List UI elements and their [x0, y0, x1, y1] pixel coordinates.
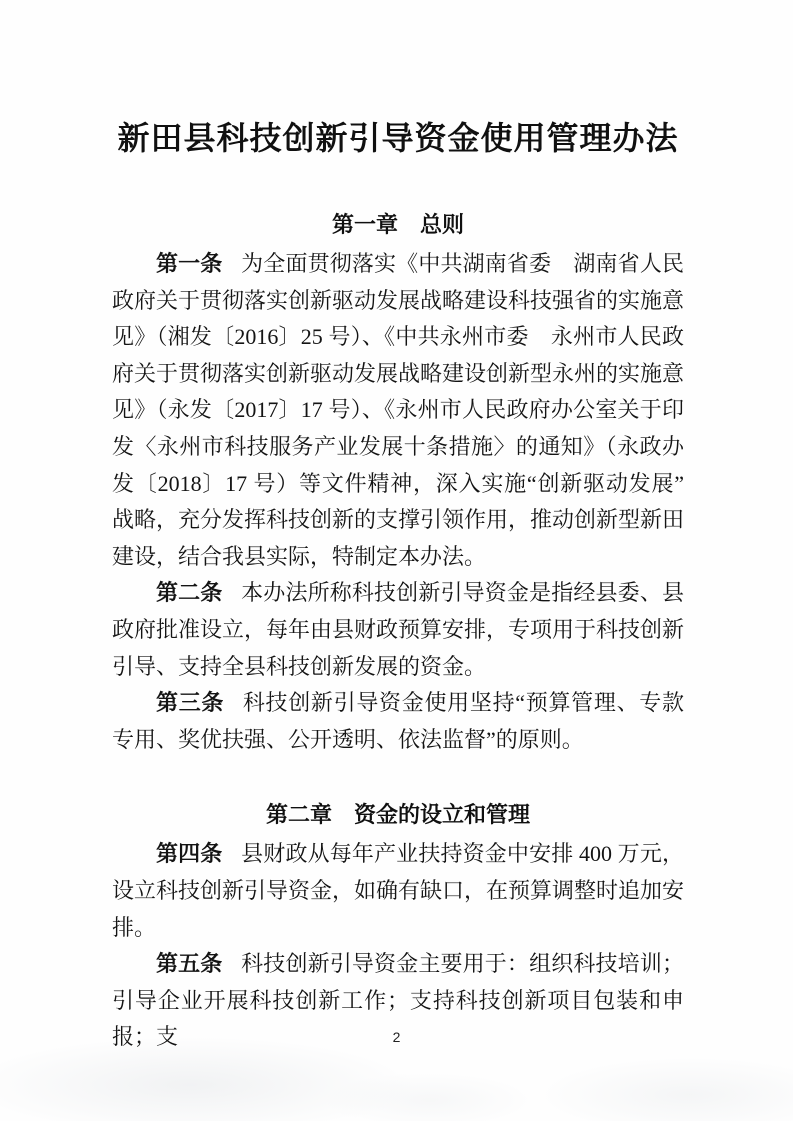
article-2-paragraph: 第二条本办法所称科技创新引导资金是指经县委、县政府批准设立，每年由县财政预算安排… [112, 575, 684, 685]
article-4-paragraph: 第四条县财政从每年产业扶持资金中安排 400 万元，设立科技创新引导资金，如确有… [112, 836, 684, 946]
chapter-1: 第一章 总则 第一条为全面贯彻落实《中共湖南省委 湖南省人民政府关于贯彻落实创新… [112, 210, 684, 758]
article-1-text: 为全面贯彻落实《中共湖南省委 湖南省人民政府关于贯彻落实创新驱动发展战略建设科技… [112, 251, 684, 569]
document-title: 新田县科技创新引导资金使用管理办法 [112, 0, 684, 160]
article-3-label: 第三条 [156, 690, 224, 715]
article-1-label: 第一条 [156, 251, 222, 276]
article-2-label: 第二条 [156, 580, 222, 605]
article-4-label: 第四条 [156, 841, 222, 866]
chapter-2: 第二章 资金的设立和管理 第四条县财政从每年产业扶持资金中安排 400 万元，设… [112, 800, 684, 1056]
document-body: 新田县科技创新引导资金使用管理办法 第一章 总则 第一条为全面贯彻落实《中共湖南… [112, 0, 684, 1056]
scanned-page: 新田县科技创新引导资金使用管理办法 第一章 总则 第一条为全面贯彻落实《中共湖南… [0, 0, 793, 1121]
page-number: 2 [0, 1029, 793, 1045]
chapter-1-heading: 第一章 总则 [112, 210, 684, 240]
article-5-label: 第五条 [156, 951, 222, 976]
article-3-paragraph: 第三条科技创新引导资金使用坚持“预算管理、专款专用、奖优扶强、公开透明、依法监督… [112, 685, 684, 758]
article-1-paragraph: 第一条为全面贯彻落实《中共湖南省委 湖南省人民政府关于贯彻落实创新驱动发展战略建… [112, 246, 684, 575]
chapter-2-heading: 第二章 资金的设立和管理 [112, 800, 684, 830]
